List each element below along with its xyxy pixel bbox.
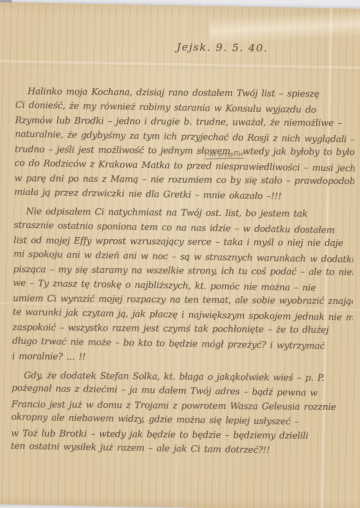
scan-background: Jejsk. 9. 5. 40. Halinko moja Kochana, d… (0, 0, 360, 508)
interline-insertion: i nie przyjdzie (205, 152, 244, 160)
letter-content: Jejsk. 9. 5. 40. Halinko moja Kochana, d… (10, 33, 356, 499)
paragraph: Gdy, że dodatek Stefan Solka, kt. błaga … (11, 368, 352, 459)
letter-line: i moralnie? ... !! (12, 350, 352, 367)
paragraph: Halinko moja Kochana, dzisiaj rano dosta… (14, 84, 355, 204)
letter-paper: Jejsk. 9. 5. 40. Halinko moja Kochana, d… (0, 2, 360, 508)
letter-body: Halinko moja Kochana, dzisiaj rano dosta… (11, 84, 356, 459)
paragraph: Nie odpisałem Ci natychmiast na Twój ost… (12, 204, 354, 368)
date-line: Jejsk. 9. 5. 40. (16, 39, 268, 54)
